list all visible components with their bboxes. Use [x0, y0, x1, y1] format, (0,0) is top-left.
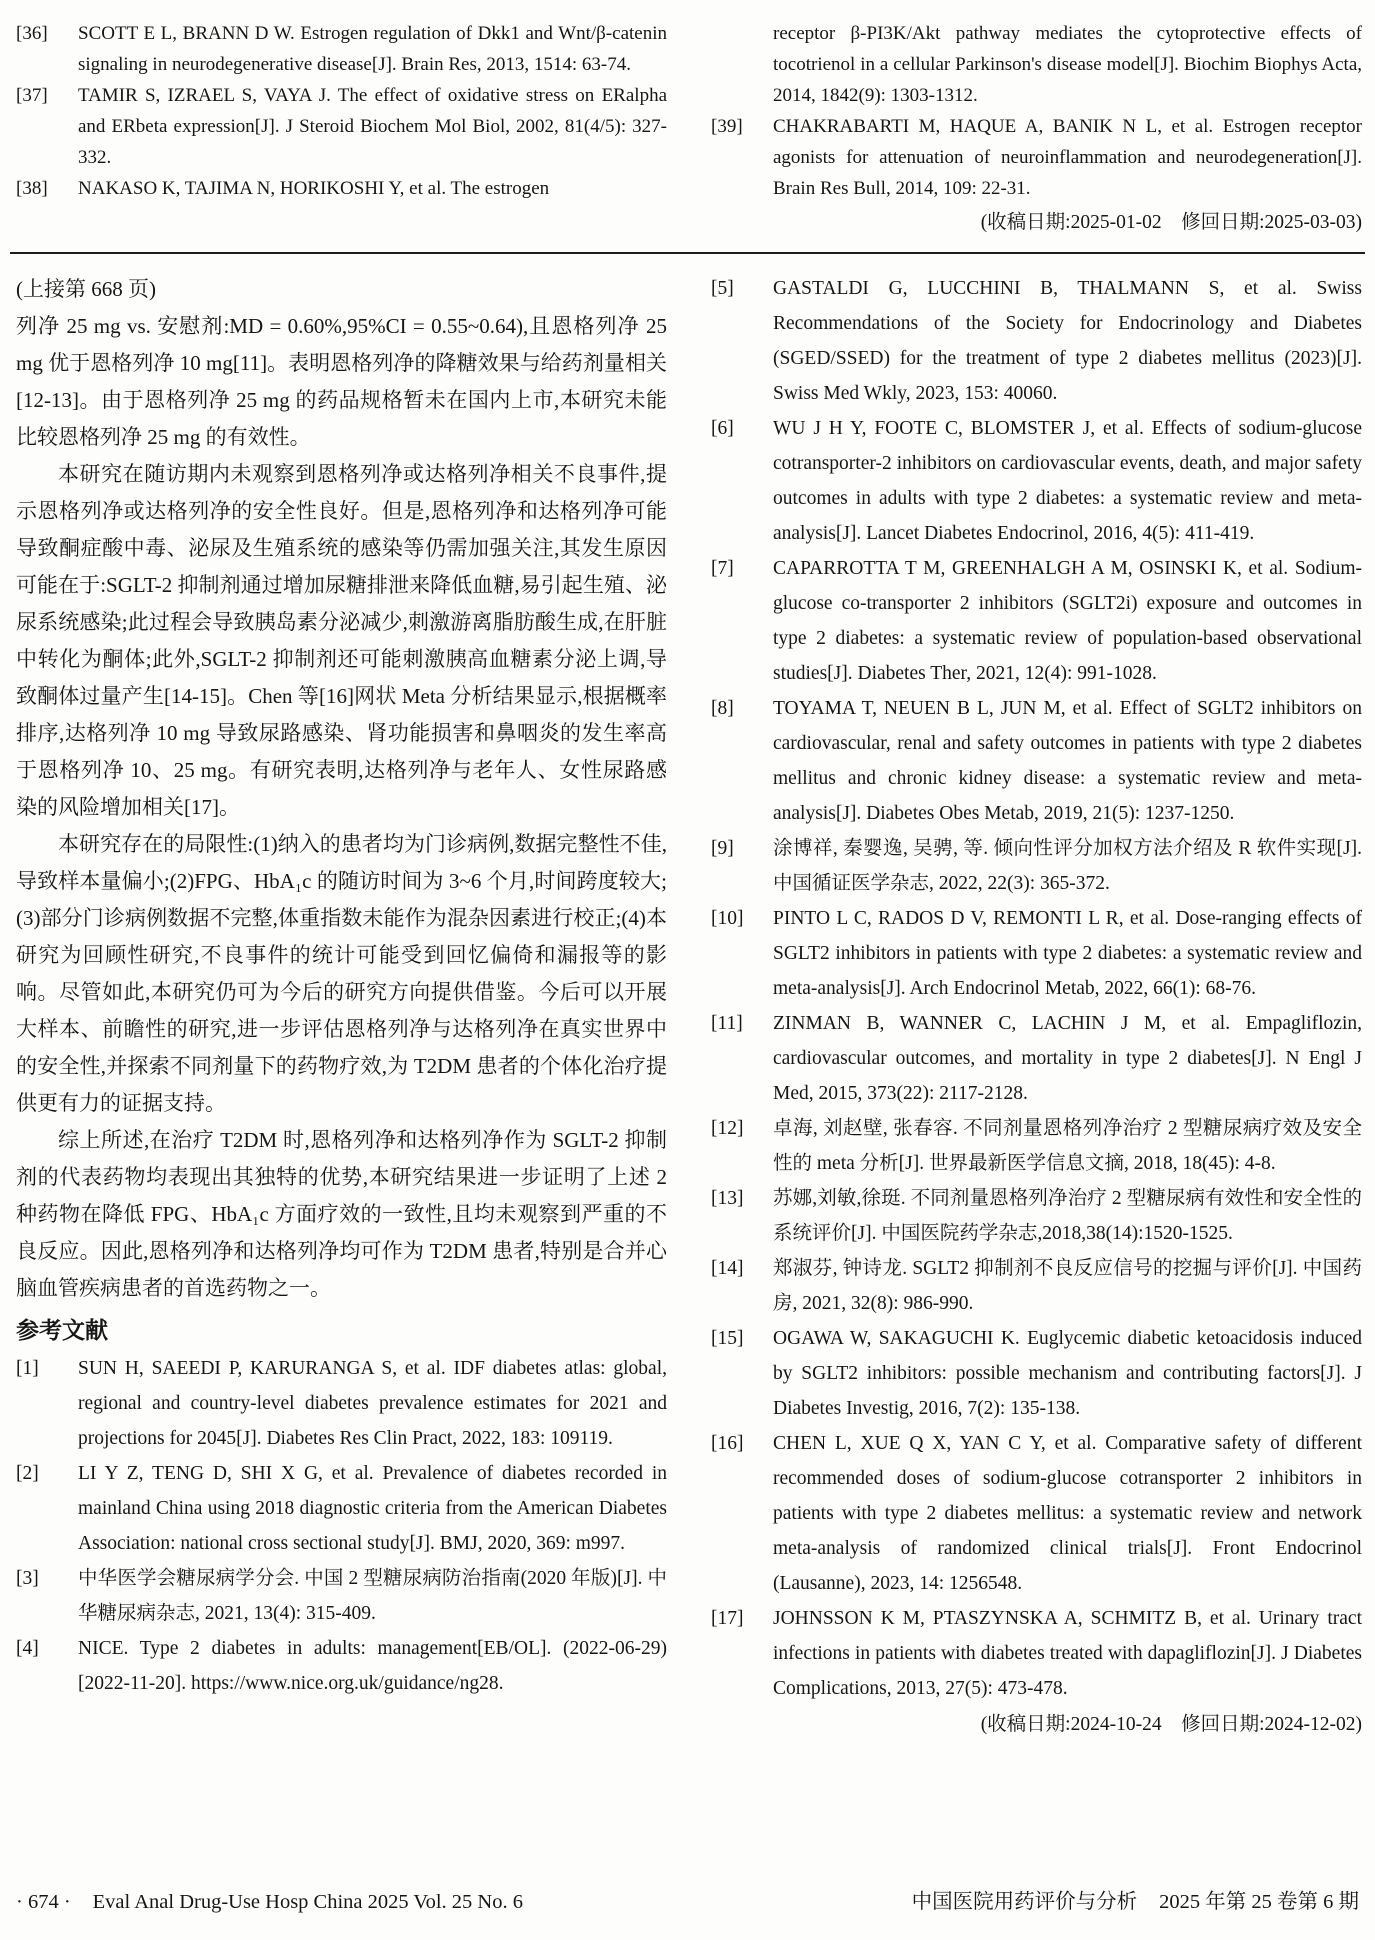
continued-from-note: (上接第 668 页) — [16, 271, 667, 308]
reference-item: [3] 中华医学会糖尿病学分会. 中国 2 型糖尿病防治指南(2020 年版)[… — [16, 1561, 667, 1631]
top-right-column: receptor β-PI3K/Akt pathway mediates the… — [711, 18, 1362, 239]
reference-text: 郑淑芬, 钟诗龙. SGLT2 抑制剂不良反应信号的挖掘与评价[J]. 中国药房… — [773, 1251, 1362, 1321]
article-section: (上接第 668 页) 列净 25 mg vs. 安慰剂:MD = 0.60%,… — [0, 271, 1375, 1741]
reference-text: 苏娜,刘敏,徐珽. 不同剂量恩格列净治疗 2 型糖尿病有效性和安全性的系统评价[… — [773, 1181, 1362, 1251]
reference-text: CHAKRABARTI M, HAQUE A, BANIK N L, et al… — [773, 111, 1362, 204]
reference-item: [9] 涂博祥, 秦婴逸, 吴骋, 等. 倾向性评分加权方法介绍及 R 软件实现… — [711, 831, 1362, 901]
reference-number: [36] — [16, 18, 78, 49]
journal-page: [36] SCOTT E L, BRANN D W. Estrogen regu… — [0, 0, 1375, 1940]
reference-text: PINTO L C, RADOS D V, REMONTI L R, et al… — [773, 901, 1362, 1006]
reference-text: LI Y Z, TENG D, SHI X G, et al. Prevalen… — [78, 1456, 667, 1561]
reference-text: 涂博祥, 秦婴逸, 吴骋, 等. 倾向性评分加权方法介绍及 R 软件实现[J].… — [773, 831, 1362, 901]
reference-number: [4] — [16, 1631, 78, 1666]
reference-number: [13] — [711, 1181, 773, 1216]
reference-item: [1] SUN H, SAEEDI P, KARURANGA S, et al.… — [16, 1351, 667, 1456]
reference-continuation-text: receptor β-PI3K/Akt pathway mediates the… — [773, 18, 1362, 111]
reference-item: [8] TOYAMA T, NEUEN B L, JUN M, et al. E… — [711, 691, 1362, 831]
reference-item: [2] LI Y Z, TENG D, SHI X G, et al. Prev… — [16, 1456, 667, 1561]
received-revised-dates: (收稿日期:2025-01-02 修回日期:2025-03-03) — [711, 206, 1362, 239]
reference-number: [9] — [711, 831, 773, 866]
reference-number: [7] — [711, 551, 773, 586]
reference-item: [4] NICE. Type 2 diabetes in adults: man… — [16, 1631, 667, 1701]
reference-text: ZINMAN B, WANNER C, LACHIN J M, et al. E… — [773, 1006, 1362, 1111]
references-heading: 参考文献 — [16, 1309, 667, 1351]
reference-number: [17] — [711, 1601, 773, 1636]
reference-text: NICE. Type 2 diabetes in adults: managem… — [78, 1631, 667, 1701]
reference-item: [12] 卓海, 刘赵壁, 张春容. 不同剂量恩格列净治疗 2 型糖尿病疗效及安… — [711, 1111, 1362, 1181]
reference-item: [16] CHEN L, XUE Q X, YAN C Y, et al. Co… — [711, 1426, 1362, 1601]
footer-left: · 674 · Eval Anal Drug-Use Hosp China 20… — [16, 1891, 523, 1914]
reference-text: WU J H Y, FOOTE C, BLOMSTER J, et al. Ef… — [773, 411, 1362, 551]
reference-text: 中华医学会糖尿病学分会. 中国 2 型糖尿病防治指南(2020 年版)[J]. … — [78, 1561, 667, 1631]
reference-item: [17] JOHNSSON K M, PTASZYNSKA A, SCHMITZ… — [711, 1601, 1362, 1706]
reference-number: [38] — [16, 173, 78, 204]
reference-item: [38] NAKASO K, TAJIMA N, HORIKOSHI Y, et… — [16, 173, 667, 204]
reference-item: [11] ZINMAN B, WANNER C, LACHIN J M, et … — [711, 1006, 1362, 1111]
reference-item: [10] PINTO L C, RADOS D V, REMONTI L R, … — [711, 901, 1362, 1006]
reference-text: TOYAMA T, NEUEN B L, JUN M, et al. Effec… — [773, 691, 1362, 831]
reference-item: [14] 郑淑芬, 钟诗龙. SGLT2 抑制剂不良反应信号的挖掘与评价[J].… — [711, 1251, 1362, 1321]
reference-number: [12] — [711, 1111, 773, 1146]
reference-text: JOHNSSON K M, PTASZYNSKA A, SCHMITZ B, e… — [773, 1601, 1362, 1706]
reference-number: [1] — [16, 1351, 78, 1386]
reference-item: [5] GASTALDI G, LUCCHINI B, THALMANN S, … — [711, 271, 1362, 411]
reference-number: [6] — [711, 411, 773, 446]
footer-journal-en: Eval Anal Drug-Use Hosp China 2025 Vol. … — [93, 1891, 523, 1914]
top-references-section: [36] SCOTT E L, BRANN D W. Estrogen regu… — [0, 0, 1375, 239]
reference-item: [37] TAMIR S, IZRAEL S, VAYA J. The effe… — [16, 80, 667, 173]
reference-text: TAMIR S, IZRAEL S, VAYA J. The effect of… — [78, 80, 667, 173]
reference-item: [15] OGAWA W, SAKAGUCHI K. Euglycemic di… — [711, 1321, 1362, 1426]
reference-number: [15] — [711, 1321, 773, 1356]
reference-number: [3] — [16, 1561, 78, 1596]
reference-text: CHEN L, XUE Q X, YAN C Y, et al. Compara… — [773, 1426, 1362, 1601]
reference-item: [13] 苏娜,刘敏,徐珽. 不同剂量恩格列净治疗 2 型糖尿病有效性和安全性的… — [711, 1181, 1362, 1251]
reference-number: [2] — [16, 1456, 78, 1491]
reference-item: [7] CAPARROTTA T M, GREENHALGH A M, OSIN… — [711, 551, 1362, 691]
reference-item: [36] SCOTT E L, BRANN D W. Estrogen regu… — [16, 18, 667, 80]
reference-number: [14] — [711, 1251, 773, 1286]
top-right-reference-list: [39] CHAKRABARTI M, HAQUE A, BANIK N L, … — [711, 111, 1362, 204]
footer-right: 中国医院用药评价与分析 2025 年第 25 卷第 6 期 — [912, 1884, 1359, 1914]
article-paragraph: 本研究在随访期内未观察到恩格列净或达格列净相关不良事件,提示恩格列净或达格列净的… — [16, 456, 667, 826]
reference-text: OGAWA W, SAKAGUCHI K. Euglycemic diabeti… — [773, 1321, 1362, 1426]
reference-text: NAKASO K, TAJIMA N, HORIKOSHI Y, et al. … — [78, 173, 667, 204]
reference-number: [16] — [711, 1426, 773, 1461]
reference-text: GASTALDI G, LUCCHINI B, THALMANN S, et a… — [773, 271, 1362, 411]
reference-text: SUN H, SAEEDI P, KARURANGA S, et al. IDF… — [78, 1351, 667, 1456]
reference-item: [39] CHAKRABARTI M, HAQUE A, BANIK N L, … — [711, 111, 1362, 204]
reference-list-left: [1] SUN H, SAEEDI P, KARURANGA S, et al.… — [16, 1351, 667, 1701]
footer-journal-cn: 中国医院用药评价与分析 — [912, 1884, 1138, 1914]
reference-number: [11] — [711, 1006, 773, 1041]
top-left-column: [36] SCOTT E L, BRANN D W. Estrogen regu… — [16, 18, 667, 239]
reference-text: CAPARROTTA T M, GREENHALGH A M, OSINSKI … — [773, 551, 1362, 691]
reference-number: [39] — [711, 111, 773, 142]
page-footer: · 674 · Eval Anal Drug-Use Hosp China 20… — [16, 1884, 1359, 1914]
reference-number: [37] — [16, 80, 78, 111]
reference-number: [5] — [711, 271, 773, 306]
reference-number: [10] — [711, 901, 773, 936]
reference-list-right: [5] GASTALDI G, LUCCHINI B, THALMANN S, … — [711, 271, 1362, 1706]
reference-number: [8] — [711, 691, 773, 726]
article-paragraph: 综上所述,在治疗 T2DM 时,恩格列净和达格列净作为 SGLT-2 抑制剂的代… — [16, 1122, 667, 1307]
article-left-column: (上接第 668 页) 列净 25 mg vs. 安慰剂:MD = 0.60%,… — [16, 271, 667, 1741]
footer-issue-cn: 2025 年第 25 卷第 6 期 — [1159, 1884, 1359, 1914]
received-revised-dates: (收稿日期:2024-10-24 修回日期:2024-12-02) — [711, 1708, 1362, 1741]
reference-text: 卓海, 刘赵壁, 张春容. 不同剂量恩格列净治疗 2 型糖尿病疗效及安全性的 m… — [773, 1111, 1362, 1181]
reference-text: SCOTT E L, BRANN D W. Estrogen regulatio… — [78, 18, 667, 80]
section-divider — [10, 252, 1365, 254]
footer-page-number: · 674 · — [16, 1891, 71, 1914]
article-paragraph: 本研究存在的局限性:(1)纳入的患者均为门诊病例,数据完整性不佳,导致样本量偏小… — [16, 826, 667, 1122]
article-right-column: [5] GASTALDI G, LUCCHINI B, THALMANN S, … — [711, 271, 1362, 1741]
article-paragraphs: 列净 25 mg vs. 安慰剂:MD = 0.60%,95%CI = 0.55… — [16, 308, 667, 1307]
reference-item: [6] WU J H Y, FOOTE C, BLOMSTER J, et al… — [711, 411, 1362, 551]
article-paragraph: 列净 25 mg vs. 安慰剂:MD = 0.60%,95%CI = 0.55… — [16, 308, 667, 456]
top-left-reference-list: [36] SCOTT E L, BRANN D W. Estrogen regu… — [16, 18, 667, 204]
